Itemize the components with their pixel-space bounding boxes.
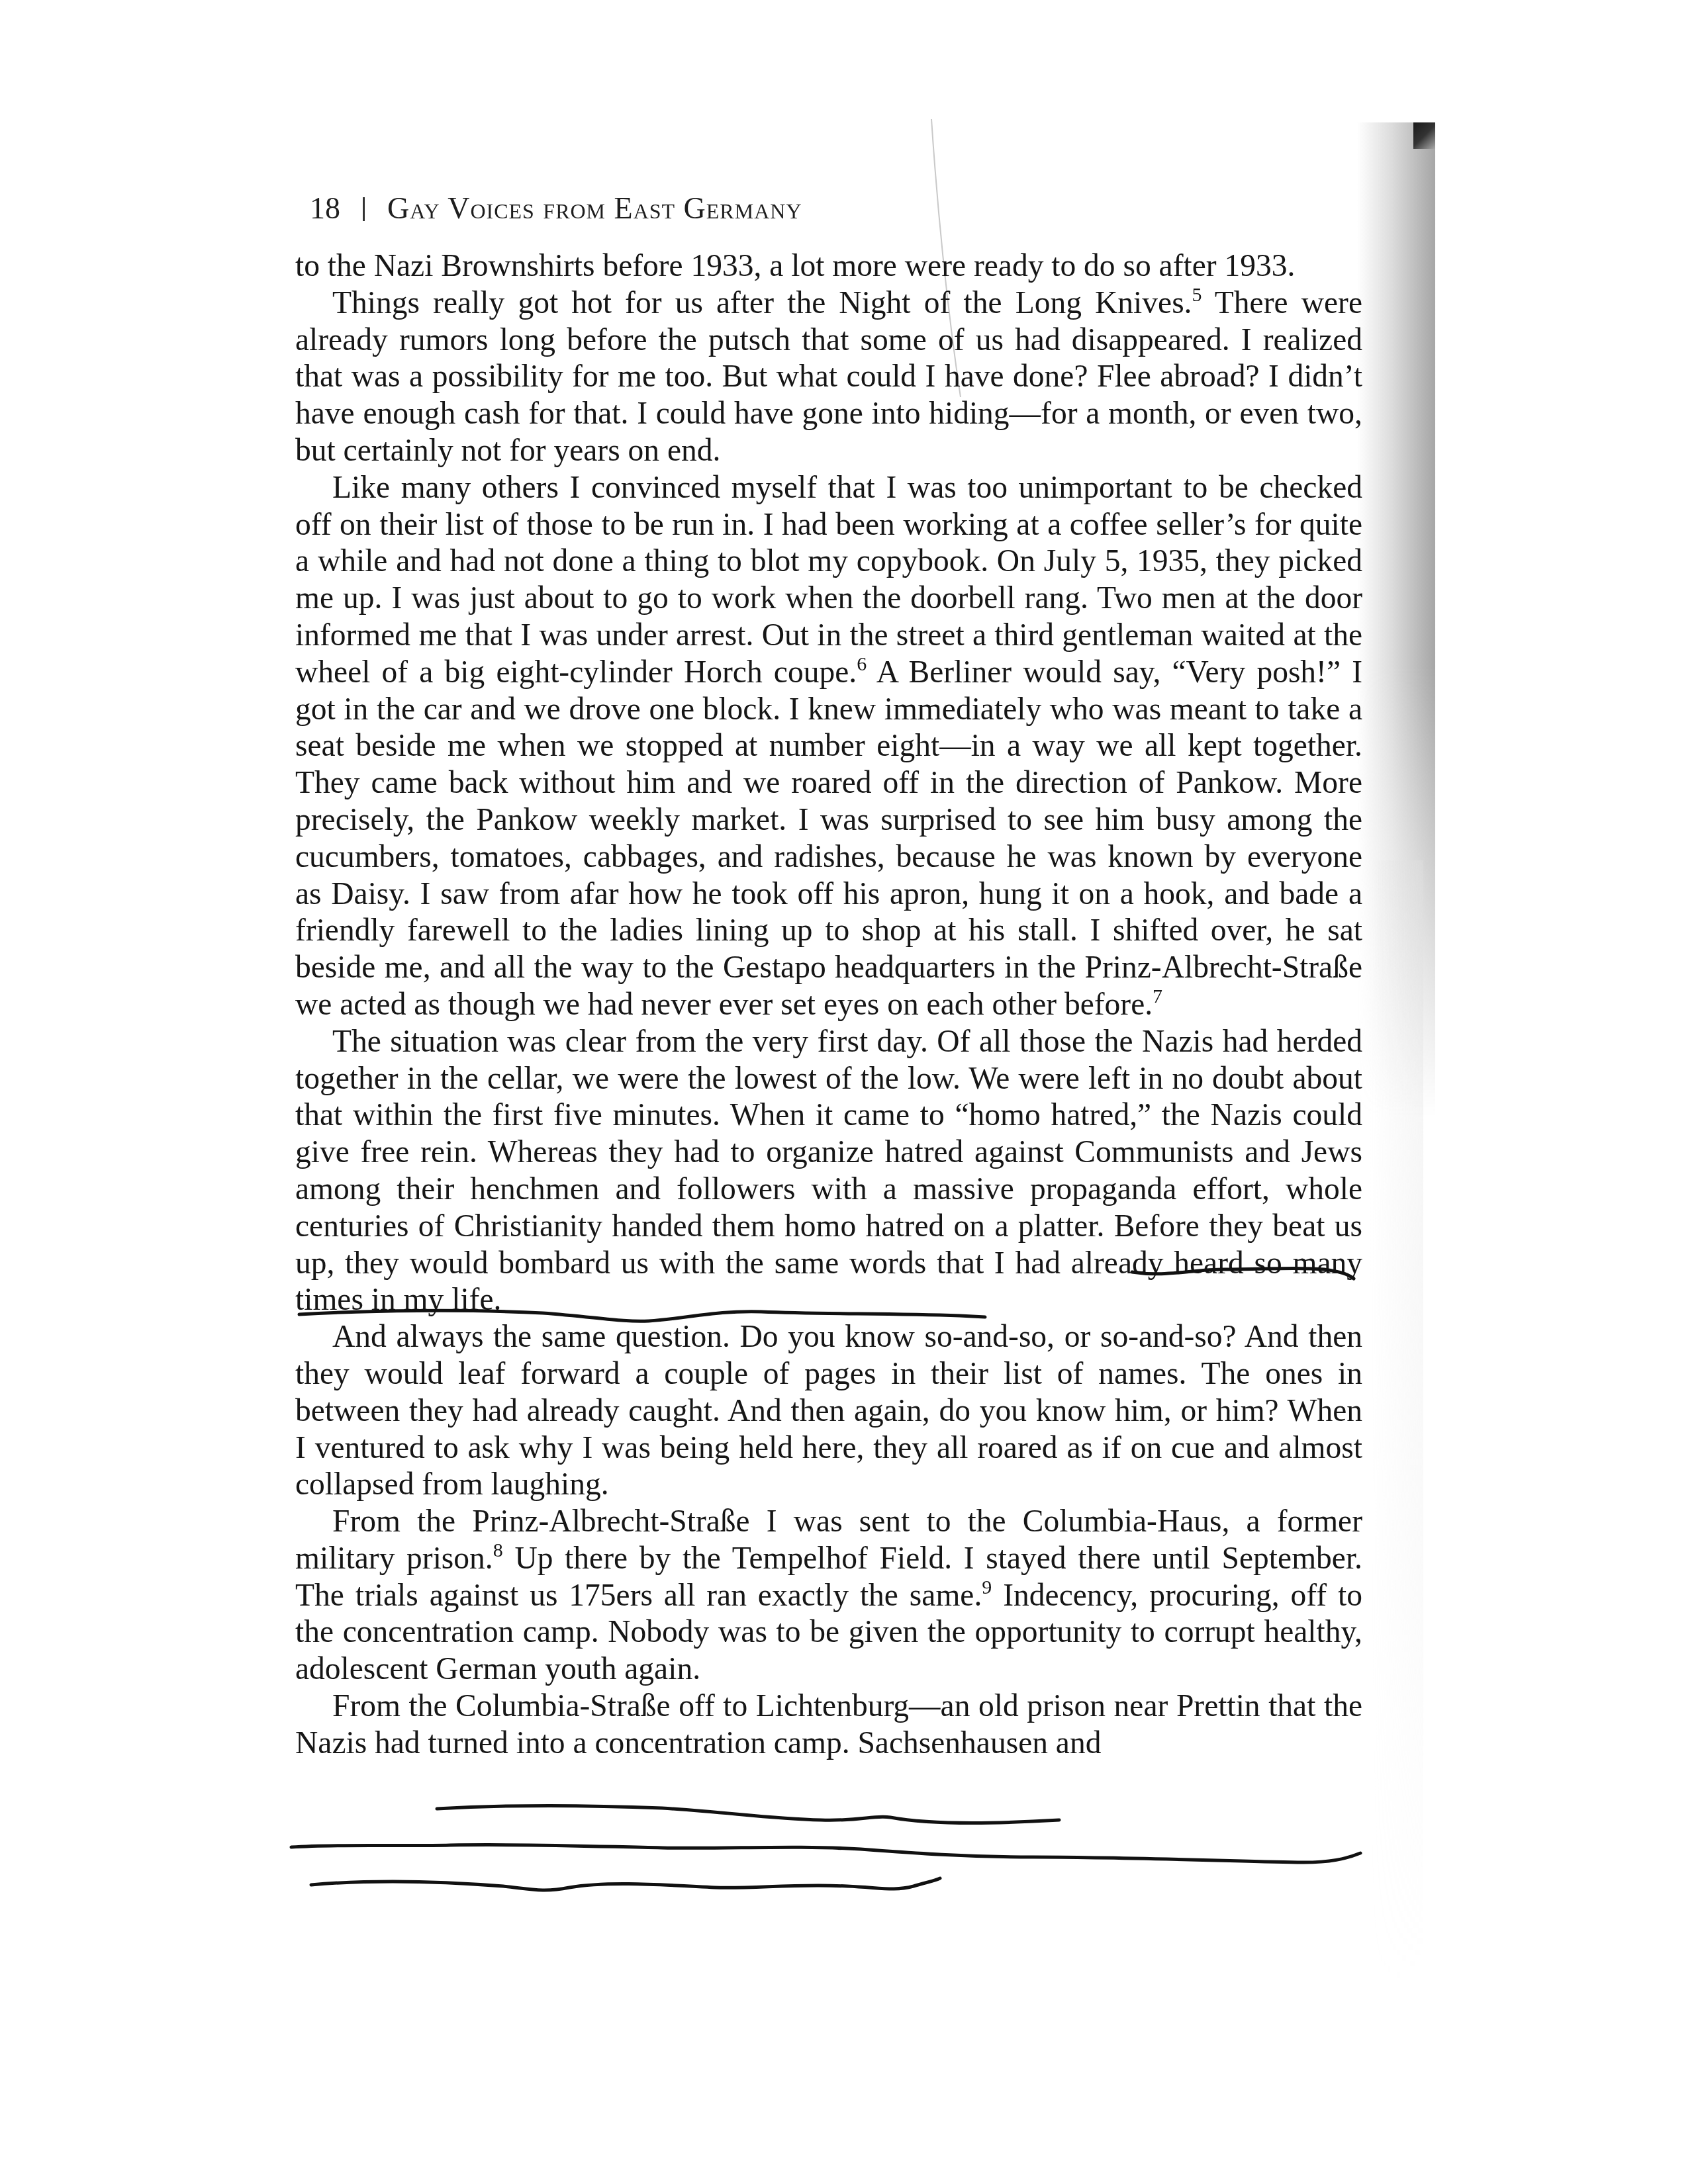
text-run: A Berliner would say, “Very posh!” I got… [295, 655, 1362, 1022]
paragraph: From the Columbia-Straße off to Lichtenb… [295, 1688, 1362, 1762]
book-title: Gay Voices from East Germany [387, 191, 802, 225]
underline-stroke [437, 1805, 1059, 1823]
footnote-marker: 8 [493, 1539, 503, 1561]
text-run: Things really got hot for us after the N… [332, 286, 1192, 320]
body-text: to the Nazi Brownshirts before 1933, a l… [295, 248, 1362, 1762]
paragraph: Like many others I convinced myself that… [295, 470, 1362, 1024]
paragraph-continued: to the Nazi Brownshirts before 1933, a l… [295, 248, 1362, 285]
paragraph: From the Prinz-Albrecht-Straße I was sen… [295, 1504, 1362, 1688]
running-head-separator [363, 197, 365, 221]
paragraph: The situation was clear from the very fi… [295, 1024, 1362, 1319]
footnote-marker: 6 [857, 653, 867, 675]
running-head: 18Gay Voices from East Germany [310, 191, 802, 226]
scanned-book-page: 18Gay Voices from East Germany to the Na… [0, 0, 1700, 2184]
text-run: The situation was clear from the very fi… [295, 1024, 1362, 1318]
underline-stroke [291, 1844, 1360, 1862]
text-run: And always the same question. Do you kno… [295, 1320, 1362, 1502]
page-number: 18 [310, 191, 340, 225]
footnote-marker: 9 [982, 1576, 992, 1598]
page-edge-shadow-lower [1370, 860, 1423, 1985]
text-run: From the Columbia-Straße off to Lichtenb… [295, 1689, 1362, 1760]
underline-stroke [311, 1878, 940, 1890]
page-corner-shadow [1413, 122, 1435, 149]
paragraph: Things really got hot for us after the N… [295, 285, 1362, 470]
footnote-marker: 5 [1192, 284, 1202, 306]
paragraph: And always the same question. Do you kno… [295, 1319, 1362, 1504]
footnote-marker: 7 [1153, 985, 1162, 1007]
